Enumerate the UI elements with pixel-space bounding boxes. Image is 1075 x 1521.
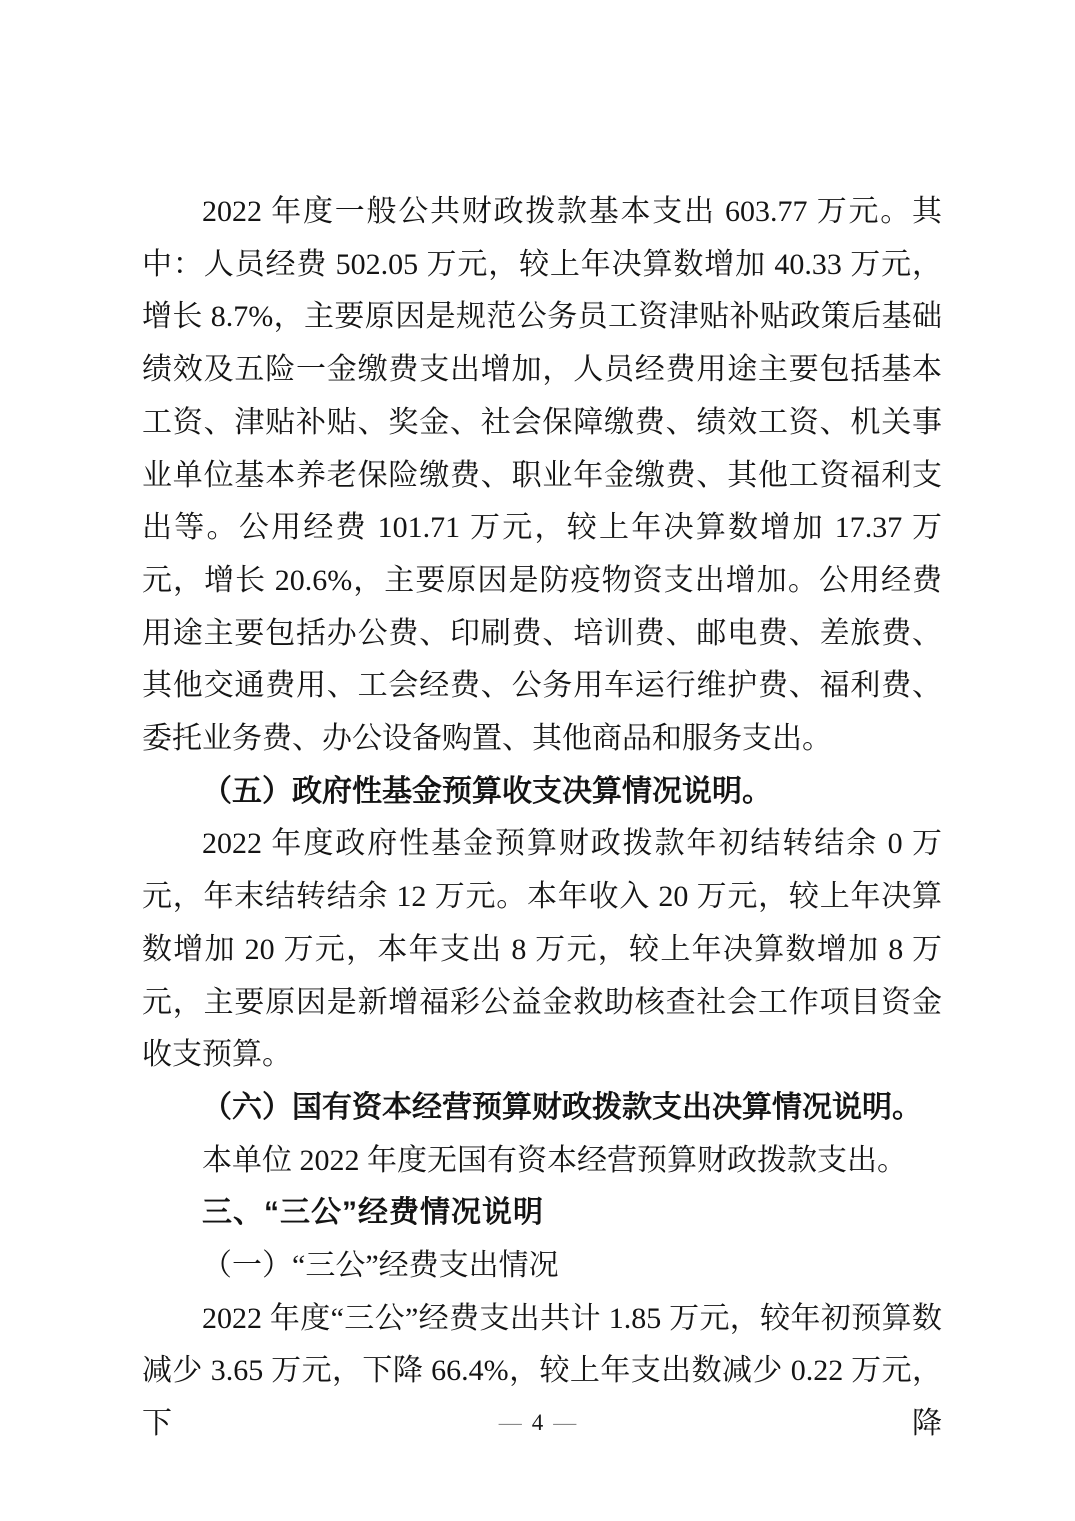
- heading-section-1-three-public-expenditure: （一）“三公”经费支出情况: [142, 1240, 942, 1293]
- heading-section-5-government-fund-budget: （五）政府性基金预算收支决算情况说明。: [142, 766, 942, 819]
- para-general-budget-basic-expenditure: 2022 年度一般公共财政拨款基本支出 603.77 万元。其中：人员经费 50…: [142, 186, 942, 766]
- heading-section-6-state-capital-budget: （六）国有资本经营预算财政拨款支出决算情况说明。: [142, 1082, 942, 1135]
- para-state-capital-budget-detail: 本单位 2022 年度无国有资本经营预算财政拨款支出。: [142, 1135, 942, 1188]
- heading-part-3-three-public-expenses: 三、“三公”经费情况说明: [142, 1187, 942, 1240]
- page-number: 4: [522, 1410, 554, 1435]
- footer-right-dash: —: [553, 1410, 576, 1435]
- footer-left-dash: —: [499, 1410, 522, 1435]
- document-body: 2022 年度一般公共财政拨款基本支出 603.77 万元。其中：人员经费 50…: [142, 186, 942, 1451]
- page-footer: —4—: [0, 1408, 1075, 1438]
- document-page: 2022 年度一般公共财政拨款基本支出 603.77 万元。其中：人员经费 50…: [0, 0, 1075, 1521]
- para-government-fund-budget-detail: 2022 年度政府性基金预算财政拨款年初结转结余 0 万元，年末结转结余 12 …: [142, 818, 942, 1082]
